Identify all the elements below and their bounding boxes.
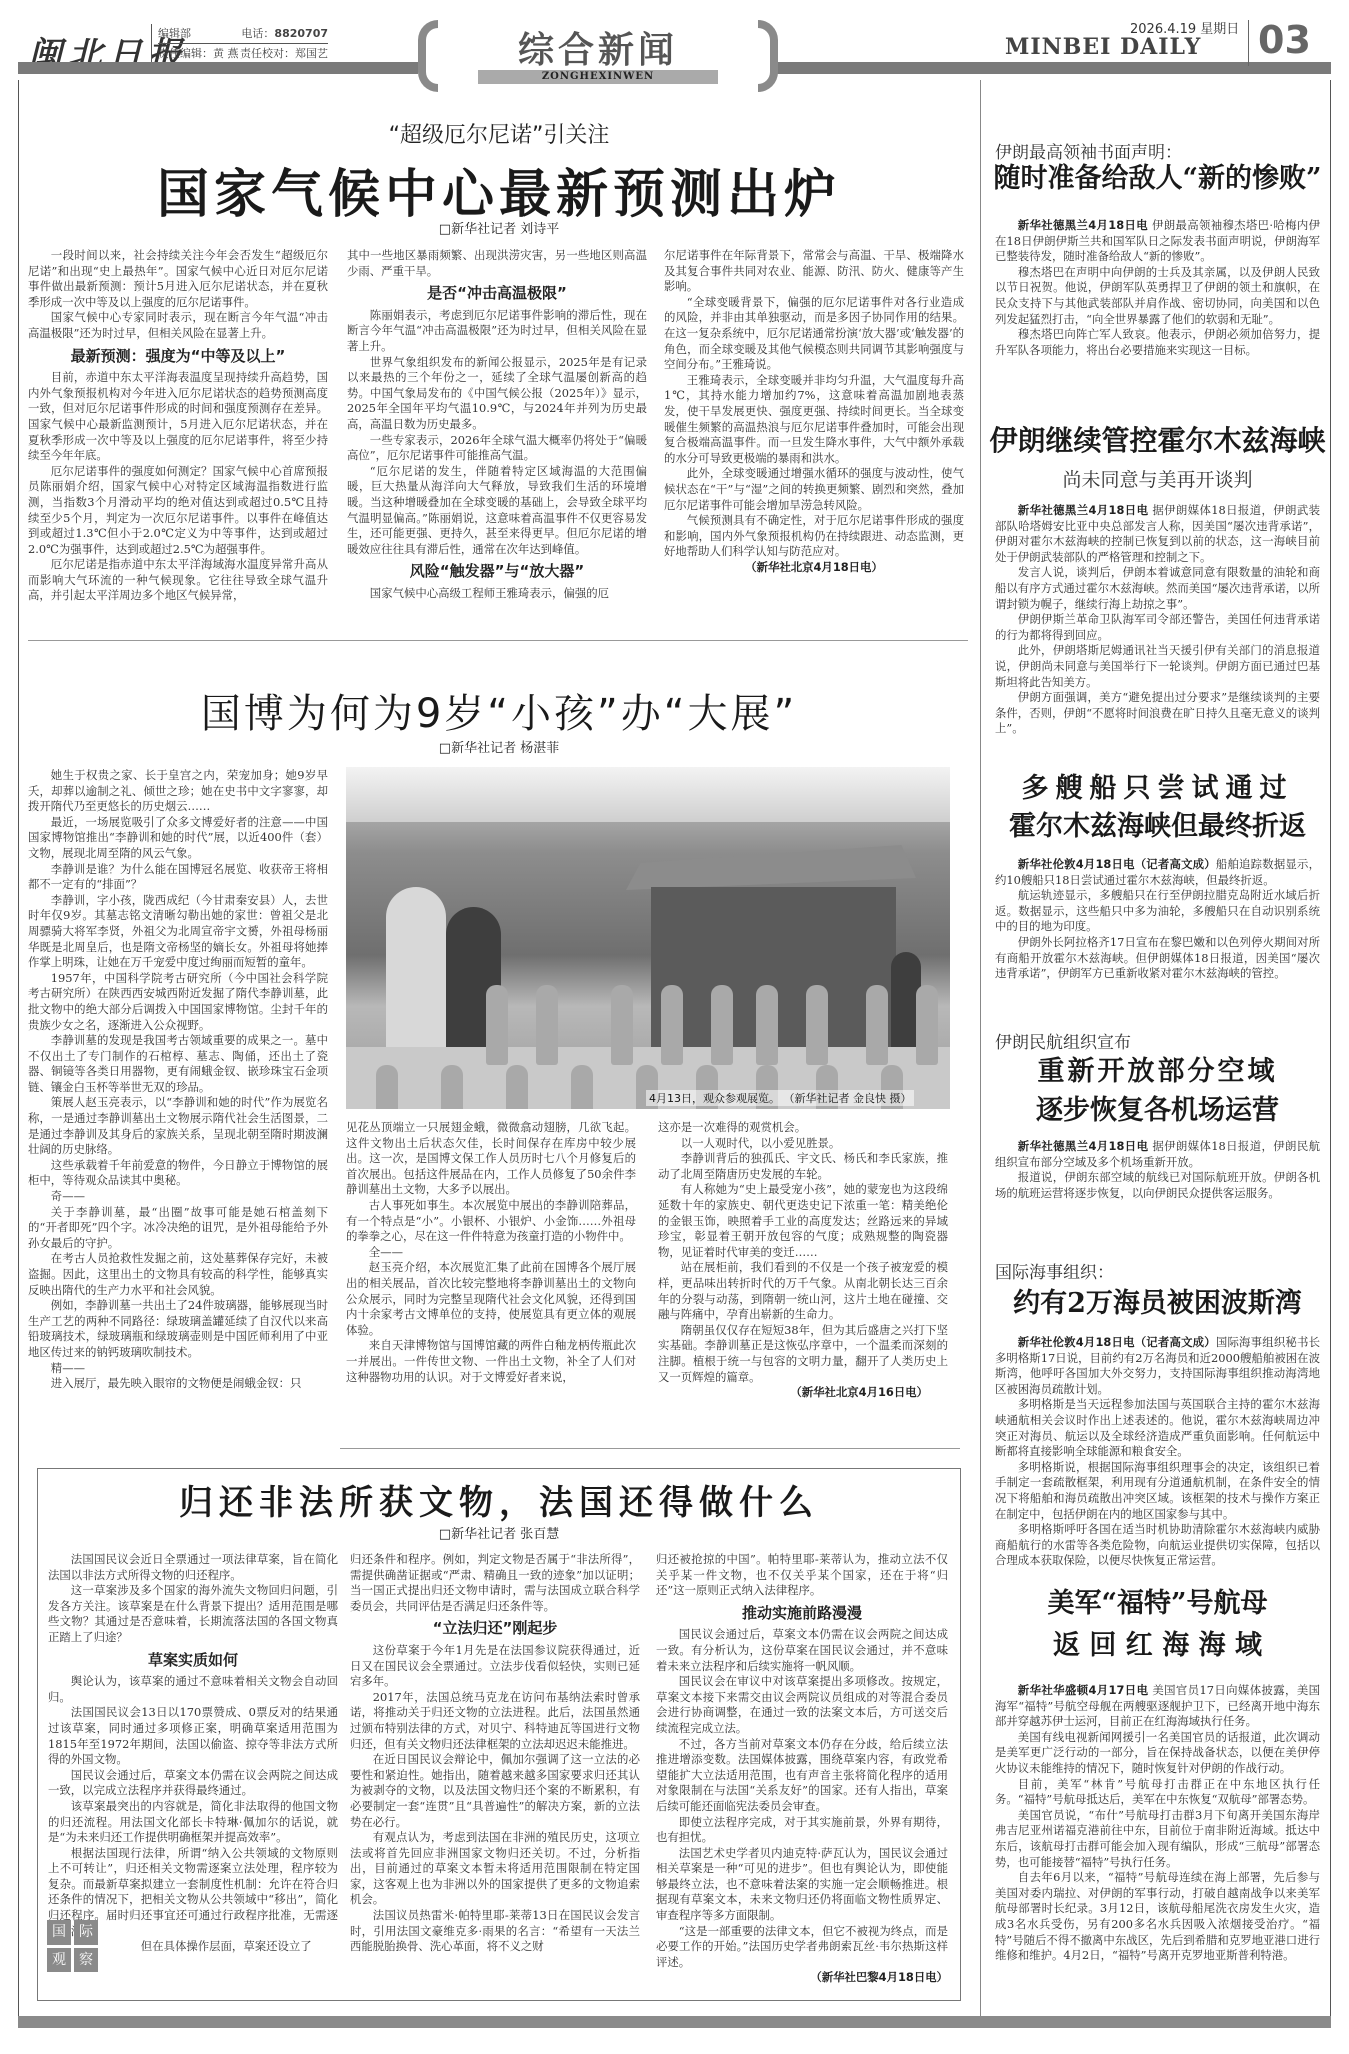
article1-byline: □新华社记者 刘诗平 <box>18 218 980 237</box>
right-article2-headline: 伊朗继续管控霍尔木兹海峡 <box>985 422 1330 460</box>
paragraph: 一些专家表示，2026年全球气温大概率仍将处于“偏暖高位”，厄尔尼诺事件可能推高… <box>347 433 647 464</box>
right-article4-headline-line2: 逐步恢复各机场运营 <box>985 1092 1330 1130</box>
photo-figurine <box>916 985 938 1065</box>
right-article5-headline: 约有2万海员被困波斯湾 <box>985 1285 1330 1323</box>
right-article6-headline-line1: 美军“福特”号航母 <box>985 1585 1330 1623</box>
dateline: 新华社伦敦4月18日电（记者高文成） <box>1018 1335 1216 1349</box>
editor-credit: 责任编辑：黄 燕 <box>158 44 239 63</box>
dateline: 新华社德黑兰4月18日电 <box>1018 1139 1149 1153</box>
tag-char: 国 <box>47 1920 71 1945</box>
paragraph: 国民议会通过后，草案文本仍需在议会两院之间达成一致，以完成立法程序并获得最终通过… <box>48 1768 338 1799</box>
paragraph: 进入展厅，最先映入眼帘的文物便是闹蛾金钗：只 <box>28 1376 328 1392</box>
paragraph: 王雅琦表示，全球变暖并非均匀升温，大气温度每升高1℃，其持水能力增加约7%，这意… <box>664 373 964 467</box>
article3-subheading-1: 草案实质如何 <box>48 1653 338 1669</box>
paragraph: 多明格斯呼吁各国在适当时机协助清除霍尔木兹海峡内威胁商船航行的水雷等各类危险物，… <box>995 1522 1320 1569</box>
article3-byline: □新华社记者 张百慧 <box>37 1523 961 1542</box>
paragraph: 例如，李静训墓一共出土了24件玻璃器，能够展现当时生产工艺的两种不同路径：绿玻璃… <box>28 1298 328 1360</box>
paragraph: 见花丛顶端立一只展翅金蛾，微微翕动翅膀，几欲飞起。这件文物出土后状态欠佳，长时间… <box>346 1120 636 1198</box>
article1-subheading-1: 最新预测：强度为“中等及以上” <box>28 349 328 365</box>
right-article1-body: 新华社德黑兰4月18日电 伊朗最高领袖穆杰塔巴·哈梅内伊在18日伊朗伊斯兰共和国… <box>995 218 1320 358</box>
article1-column-3: 尔尼诺事件在年际背景下，常常会与高温、干旱、极端降水及其复合事件共同对农业、能源… <box>664 248 964 575</box>
photo-figurine <box>571 1065 593 1109</box>
paragraph: 策展人赵玉亮表示，以“李静训和她的时代”作为展览名称，一是通过李静训墓出土文物展… <box>28 1095 328 1157</box>
paragraph: 目前，赤道中东太平洋海表温度呈现持续升高趋势，国内外气象预报机构对今年进入厄尔尼… <box>28 370 328 464</box>
article1-subheading-2: 是否“冲击高温极限” <box>347 286 647 302</box>
paragraph: 国民议会在审议中对该草案提出多项修改。按规定，草案文本接下来需交由议会两院议员组… <box>656 1674 948 1736</box>
paragraph: 穆杰塔巴向阵亡军人致哀。他表示，伊朗必须加倍努力，提升军队各项能力，将出台必要措… <box>995 327 1320 358</box>
dateline: 新华社德黑兰4月18日电 <box>1018 503 1149 517</box>
paragraph: 法国国民议会13日以170票赞成、0票反对的结果通过该草案，同时通过多项修正案，… <box>48 1705 338 1767</box>
photo-figurine <box>376 1065 398 1109</box>
photo-figurine <box>711 985 733 1065</box>
photo-figurine <box>611 985 633 1065</box>
phone-label: 电话： <box>241 27 274 40</box>
right-article3-body: 新华社伦敦4月18日电（记者高文成）船舶追踪数据显示，约10艘船只18日尝试通过… <box>995 857 1320 982</box>
article3-subheading-2: “立法归还”刚起步 <box>350 1621 640 1637</box>
english-name: MINBEI DAILY <box>1005 34 1201 60</box>
section-mark-quan: 全—— <box>346 1245 636 1261</box>
article1-column-1: 一段时间以来，社会持续关注今年会否发生“超级厄尔尼诺”和出现“史上最热年”。国家… <box>28 248 328 604</box>
paragraph: 李静训墓的发现是我国考古领域重要的成果之一。墓中不仅出土了专门制作的石棺椁、墓志… <box>28 1033 328 1095</box>
dept-label: 编辑部 <box>158 24 191 43</box>
paragraph: 厄尔尼诺是指赤道中东太平洋海域海水温度异常升高从而影响大气环流的一种气候现象。它… <box>28 557 328 604</box>
column-divider <box>980 80 981 2028</box>
page-number: 03 <box>1258 18 1311 62</box>
paragraph: 她生于权贵之家、长于皇宫之内，荣宠加身；她9岁早夭，却葬以逾制之礼、倾世之珍；她… <box>28 768 328 815</box>
section-title: 综合新闻 <box>448 22 748 73</box>
photo-figurine <box>756 985 778 1065</box>
paragraph: 一段时间以来，社会持续关注今年会否发生“超级厄尔尼诺”和出现“史上最热年”。国家… <box>28 248 328 310</box>
article2-column-1: 她生于权贵之家、长于皇宫之内，荣宠加身；她9岁早夭，却葬以逾制之礼、倾世之珍；她… <box>28 768 328 1392</box>
article1-subheading-3: 风险“触发器”与“放大器” <box>347 564 647 580</box>
section-mark-qi: 奇—— <box>28 1189 328 1205</box>
paragraph: 归还被抢掠的中国”。帕特里耶-莱蒂认为，推动立法不仅关乎某一件文物，也不仅关乎某… <box>656 1552 948 1599</box>
article1-column-2: 其中一些地区暴雨频繁、出现洪涝灾害，另一些地区则高温少雨、严重干旱。 是否“冲击… <box>347 248 647 601</box>
paragraph: 自去年6月以来，“福特”号航母连续在海上部署，先后参与美国对委内瑞拉、对伊朗的军… <box>995 1870 1320 1964</box>
paragraph: “这是一部重要的法律文本，但它不被视为终点，而是必要工作的开始。”法国历史学者弗… <box>656 1924 948 1971</box>
article3-headline: 归还非法所获文物，法国还得做什么 <box>37 1475 961 1524</box>
photo-figurine <box>441 1065 463 1109</box>
paragraph: 法国国民议会近日全票通过一项法律草案，旨在简化法国以非法方式所得文物的归还程序。 <box>48 1552 338 1583</box>
bracket-right-decoration <box>758 20 778 92</box>
paragraph: 陈丽娟表示，考虑到厄尔尼诺事件影响的滞后性，现在断言今年气温“冲击高温极限”还为… <box>347 308 647 355</box>
paragraph: 发言人说，谈判后，伊朗本着诚意同意有限数量的油轮和商船以有序方式通过霍尔木兹海峡… <box>995 565 1320 612</box>
article2-byline: □新华社记者 杨湛菲 <box>18 737 980 756</box>
photo-figurine <box>506 1065 528 1109</box>
paragraph: 报道说，伊朗东部空域的航线已对国际航班开放。伊朗各机场的航班运营将逐步恢复，以向… <box>995 1170 1320 1201</box>
paragraph: 站在展柜前，我们看到的不仅是一个孩子被宠爱的模样，更品味出转折时代的万千气象。从… <box>658 1260 948 1322</box>
paragraph: 国民议会通过后，草案文本仍需在议会两院之间达成一致。有分析认为，这份草案在国民议… <box>656 1627 948 1674</box>
masthead-info: 编辑部电话：8820707 责任编辑：黄 燕责任校对：郑国艺 <box>151 24 321 63</box>
international-observation-tag: 国 际 观 察 <box>47 1920 97 1972</box>
paragraph: 这一草案涉及多个国家的海外流失文物回归问题，引发各方关注。该草案是在什么背景下提… <box>48 1583 338 1645</box>
footer-bar <box>18 2016 1331 2028</box>
right-article5-body: 新华社伦敦4月18日电（记者高文成）国际海事组织秘书长多明格斯17日说，目前约有… <box>995 1335 1320 1569</box>
article3-column-3: 归还被抢掠的中国”。帕特里耶-莱蒂认为，推动立法不仅关乎某一件文物，也不仅关乎某… <box>656 1552 948 1986</box>
paragraph: 厄尔尼诺事件的强度如何测定？国家气候中心首席预报员陈丽娟介绍，国家气候中心对特定… <box>28 464 328 558</box>
paragraph: 目前，美军“林肯”号航母打击群正在中东地区执行任务。“福特”号航母抵达后，美军在… <box>995 1777 1320 1808</box>
photo-figurine <box>866 985 888 1065</box>
section-header: 综合新闻 ZONGHEXINWEN <box>418 20 778 80</box>
paragraph: 法国艺术史学者贝内迪克特·萨瓦认为，国民议会通过相关草案是一种“可见的进步”。但… <box>656 1846 948 1924</box>
right-article5-kicker: 国际海事组织： <box>995 1258 1114 1283</box>
paragraph: 在考古人员抢救性发掘之前，这处墓葬保存完好，未被盗掘。因此，这里出土的文物具有较… <box>28 1251 328 1298</box>
page-number-divider <box>1248 20 1249 66</box>
paragraph: 多明格斯是当天远程参加法国与英国联合主持的霍尔木兹海峡通航相关会议时作出上述表述… <box>995 1397 1320 1459</box>
tag-char: 察 <box>74 1948 98 1973</box>
paragraph: 即使立法程序完成，对于其实施前景，外界有期待，也有担忧。 <box>656 1815 948 1846</box>
paragraph: 多明格斯说，根据国际海事组织理事会的决定，该组织已着手制定一套疏散框架，利用现有… <box>995 1460 1320 1522</box>
article2-column-2: 见花丛顶端立一只展翅金蛾，微微翕动翅膀，几欲飞起。这件文物出土后状态欠佳，长时间… <box>346 1120 636 1385</box>
paragraph: 1957年，中国科学院考古研究所（今中国社会科学院考古研究所）在陕西西安城西附近… <box>28 971 328 1033</box>
paragraph: 其中一些地区暴雨频繁、出现洪涝灾害，另一些地区则高温少雨、严重干旱。 <box>347 248 647 279</box>
paragraph: 舆论认为，该草案的通过不意味着相关文物会自动回归。 <box>48 1674 338 1705</box>
paragraph: 归还条件和程序。例如，判定文物是否属于“非法所得”，需提供确凿证据或“严肃、精确… <box>350 1552 640 1614</box>
article-divider <box>340 1448 960 1449</box>
tag-char: 际 <box>74 1920 98 1945</box>
paragraph: 这些承载着千年前爱意的物件，今日静立于博物馆的展柜中，等待观众品读其中奥秘。 <box>28 1158 328 1189</box>
article2-headline: 国博为何为9岁“小孩”办“大展” <box>18 682 980 739</box>
proofreader-credit: 责任校对：郑国艺 <box>240 44 328 63</box>
paragraph: 美国官员说，“布什”号航母打击群3月下旬离开美国东海岸弗吉尼亚州诺福克港前往中东… <box>995 1808 1320 1870</box>
dateline: 新华社伦敦4月18日电（记者高文成） <box>1018 857 1216 871</box>
paragraph: 以一人观时代，以小爱见胜景。 <box>658 1136 948 1152</box>
paragraph: 有观点认为，考虑到法国在非洲的殖民历史，这项立法或将首先回应非洲国家文物归还关切… <box>350 1830 640 1908</box>
right-article4-kicker: 伊朗民航组织宣布 <box>995 1028 1131 1053</box>
article3-subheading-3: 推动实施前路漫漫 <box>656 1606 948 1622</box>
article1-kicker: “超级厄尔尼诺”引关注 <box>18 118 980 149</box>
article2-column-3: 这亦是一次难得的观赏机会。 以一人观时代，以小爱见胜景。 李静训背后的独孤氏、宇… <box>658 1120 948 1401</box>
paragraph: 关于李静训墓，最“出圈”故事可能是她石棺盖刻下的“开者即死”四个字。冰冷决绝的诅… <box>28 1205 328 1252</box>
header-bar-left <box>18 62 418 74</box>
paragraph: 不过，各方当前对草案文本仍存在分歧，给后续立法推进增添变数。法国媒体披露，围绕草… <box>656 1737 948 1815</box>
right-article6-headline-line2: 返 回 红 海 海 域 <box>985 1627 1330 1665</box>
paragraph: 赵玉亮介绍，本次展览汇集了此前在国博各个展厅展出的相关展品，首次比较完整地将李静… <box>346 1260 636 1338</box>
section-mark-jing: 精—— <box>28 1361 328 1377</box>
paragraph: 航运轨迹显示，多艘船只在行至伊朗拉腊克岛附近水域后折返。数据显示，这些船只中多为… <box>995 888 1320 935</box>
article3-column-1: 法国国民议会近日全票通过一项法律草案，旨在简化法国以非法方式所得文物的归还程序。… <box>48 1552 338 1955</box>
paragraph: 此外，全球变暖通过增强水循环的强度与波动性，使气候状态在“干”与“湿”之间的转换… <box>664 466 964 513</box>
right-article3-headline-line2: 霍尔木兹海峡但最终折返 <box>985 808 1330 846</box>
paragraph: 世界气象组织发布的新闻公报显示，2025年是有记录以来最热的三个年份之一，延续了… <box>347 355 647 433</box>
paragraph: “厄尔尼诺的发生，伴随着特定区域海温的大范围偏暖，巨大热量从海洋向大气释放，导致… <box>347 464 647 558</box>
exhibition-photo: 4月13日，观众参观展览。 （新华社记者 金良快 摄） <box>346 767 950 1109</box>
paragraph: 李静训背后的独孤氏、宇文氏、杨氏和李氏家族，推动了北周至隋唐历史发展的车轮。 <box>658 1151 948 1182</box>
frame-left-border <box>18 80 19 2028</box>
bracket-left-decoration <box>418 20 438 92</box>
photo-figurine <box>486 985 508 1065</box>
right-article4-headline-line1: 重新开放部分空域 <box>985 1053 1330 1091</box>
tag-char: 观 <box>47 1948 71 1973</box>
phone-number: 8820707 <box>274 27 328 40</box>
paragraph: 隋朝虽仅仅存在短短38年，但为其后盛唐之兴打下坚实基础。李静训墓正是这恢弘序章中… <box>658 1323 948 1385</box>
paragraph: 尔尼诺事件在年际背景下，常常会与高温、干旱、极端降水及其复合事件共同对农业、能源… <box>664 248 964 295</box>
paragraph: 美国有线电视新闻网援引一名美国官员的话报道，此次调动是美军更广泛行动的一部分，旨… <box>995 1730 1320 1777</box>
photo-visitor <box>386 887 446 1057</box>
dateline: 新华社德黑兰4月18日电 <box>1018 218 1148 232</box>
right-article6-body: 新华社华盛顿4月17日电 美国官员17日向媒体披露，美国海军“福特”号航空母舰在… <box>995 1683 1320 1964</box>
right-article2-subhead: 尚未同意与美再开谈判 <box>985 465 1330 492</box>
paragraph: 气候预测具有不确定性，对于厄尔尼诺事件形成的强度和影响，国内外气象预报机构仍在持… <box>664 513 964 560</box>
article1-headline: 国家气候中心最新预测出炉 <box>18 152 980 227</box>
article1-source: （新华社北京4月18日电） <box>664 560 964 576</box>
paragraph: 伊朗伊斯兰革命卫队海军司令部还警告，美国任何违背承诺的行为都将得到回应。 <box>995 612 1320 643</box>
paragraph: 该草案最突出的内容就是，简化非法取得的他国文物的归还流程。用法国文化部长卡特琳·… <box>48 1799 338 1846</box>
right-article4-body: 新华社德黑兰4月18日电 据伊朗媒体18日报道，伊朗民航组织宣布部分空域及多个机… <box>995 1139 1320 1201</box>
paragraph: 伊朗外长阿拉格齐17日宣布在黎巴嫩和以色列停火期间对所有商船开放霍尔木兹海峡。但… <box>995 935 1320 982</box>
paragraph: 李静训是谁？为什么能在国博冠名展览、收获帝王将相都不一定有的“排面”？ <box>28 862 328 893</box>
section-pinyin: ZONGHEXINWEN <box>478 70 718 84</box>
paragraph: 法国议员热雷米·帕特里耶-莱蒂13日在国民议会发言时，引用法国文豪维克多·雨果的… <box>350 1908 640 1955</box>
paragraph: 李静训，字小孩，陇西成纪（今甘肃秦安县）人，去世时年仅9岁。其墓志铭文清晰勾勒出… <box>28 893 328 971</box>
paragraph: 来自天津博物馆与国博馆藏的两件白釉龙柄传瓶此次一并展出。一件传世文物、一件出土文… <box>346 1338 636 1385</box>
paragraph: 穆杰塔巴在声明中向伊朗的士兵及其亲属，以及伊朗人民致以节日祝贺。他说，伊朗军队英… <box>995 265 1320 327</box>
paragraph: 此外，伊朗塔斯尼姆通讯社当天援引伊有关部门的消息报道说，伊朗尚未同意与美国举行下… <box>995 643 1320 690</box>
paragraph: 2017年，法国总统马克龙在访问布基纳法索时曾承诺，将推动关于归还文物的立法进程… <box>350 1690 640 1752</box>
paragraph: 古人事死如事生。本次展览中展出的李静训陪葬品，有一个特点是“小”。小银杯、小银炉… <box>346 1198 636 1245</box>
photo-figurine <box>806 985 828 1065</box>
photo-figurine <box>661 985 683 1065</box>
right-article1-headline: 随时准备给敌人“新的惨败” <box>985 160 1330 198</box>
paragraph: 有人称她为“史上最受宠小孩”，她的蒙宠也为这段绵延数十年的家族史、朝代更迭史记下… <box>658 1182 948 1260</box>
right-article3-headline-line1: 多艘船只尝试通过 <box>985 770 1330 808</box>
photo-figurine <box>536 985 558 1065</box>
paragraph: 最近，一场展览吸引了众多文博爱好者的注意——中国国家博物馆推出“李静训和她的时代… <box>28 815 328 862</box>
photo-caption: 4月13日，观众参观展览。 （新华社记者 金良快 摄） <box>646 1090 914 1106</box>
article3-source: （新华社巴黎4月18日电） <box>656 1970 948 1986</box>
dateline: 新华社华盛顿4月17日电 <box>1018 1683 1149 1697</box>
paragraph: 国家气候中心高级工程师王雅琦表示，偏强的厄 <box>347 586 647 602</box>
paragraph: 伊朗方面强调，美方“避免提出过分要求”是继续谈判的主要条件，否则，伊朗“不愿将时… <box>995 690 1320 737</box>
paragraph: “全球变暖背景下，偏强的厄尔尼诺事件对各行业造成的风险，并非由其单独驱动，而是多… <box>664 295 964 373</box>
photo-ceiling <box>346 767 950 822</box>
paragraph: 这亦是一次难得的观赏机会。 <box>658 1120 948 1136</box>
article-divider <box>28 640 968 641</box>
paragraph: 这份草案于今年1月先是在法国参议院获得通过，近日又在国民议会全票通过。立法步伐看… <box>350 1643 640 1690</box>
frame-right-border <box>1330 80 1331 2028</box>
paragraph: 在近日国民议会辩论中，佩加尔强调了这一立法的必要性和紧迫性。她指出，随着越来越多… <box>350 1752 640 1830</box>
right-article2-body: 新华社德黑兰4月18日电 据伊朗媒体18日报道，伊朗武装部队哈塔姆安比亚中央总部… <box>995 503 1320 737</box>
article3-column-2: 归还条件和程序。例如，判定文物是否属于“非法所得”，需提供确凿证据或“严肃、精确… <box>350 1552 640 1955</box>
article2-source: （新华社北京4月16日电） <box>658 1385 948 1401</box>
paragraph: 国家气候中心专家同时表示，现在断言今年气温“冲击高温极限”还为时过早，但相关风险… <box>28 310 328 341</box>
